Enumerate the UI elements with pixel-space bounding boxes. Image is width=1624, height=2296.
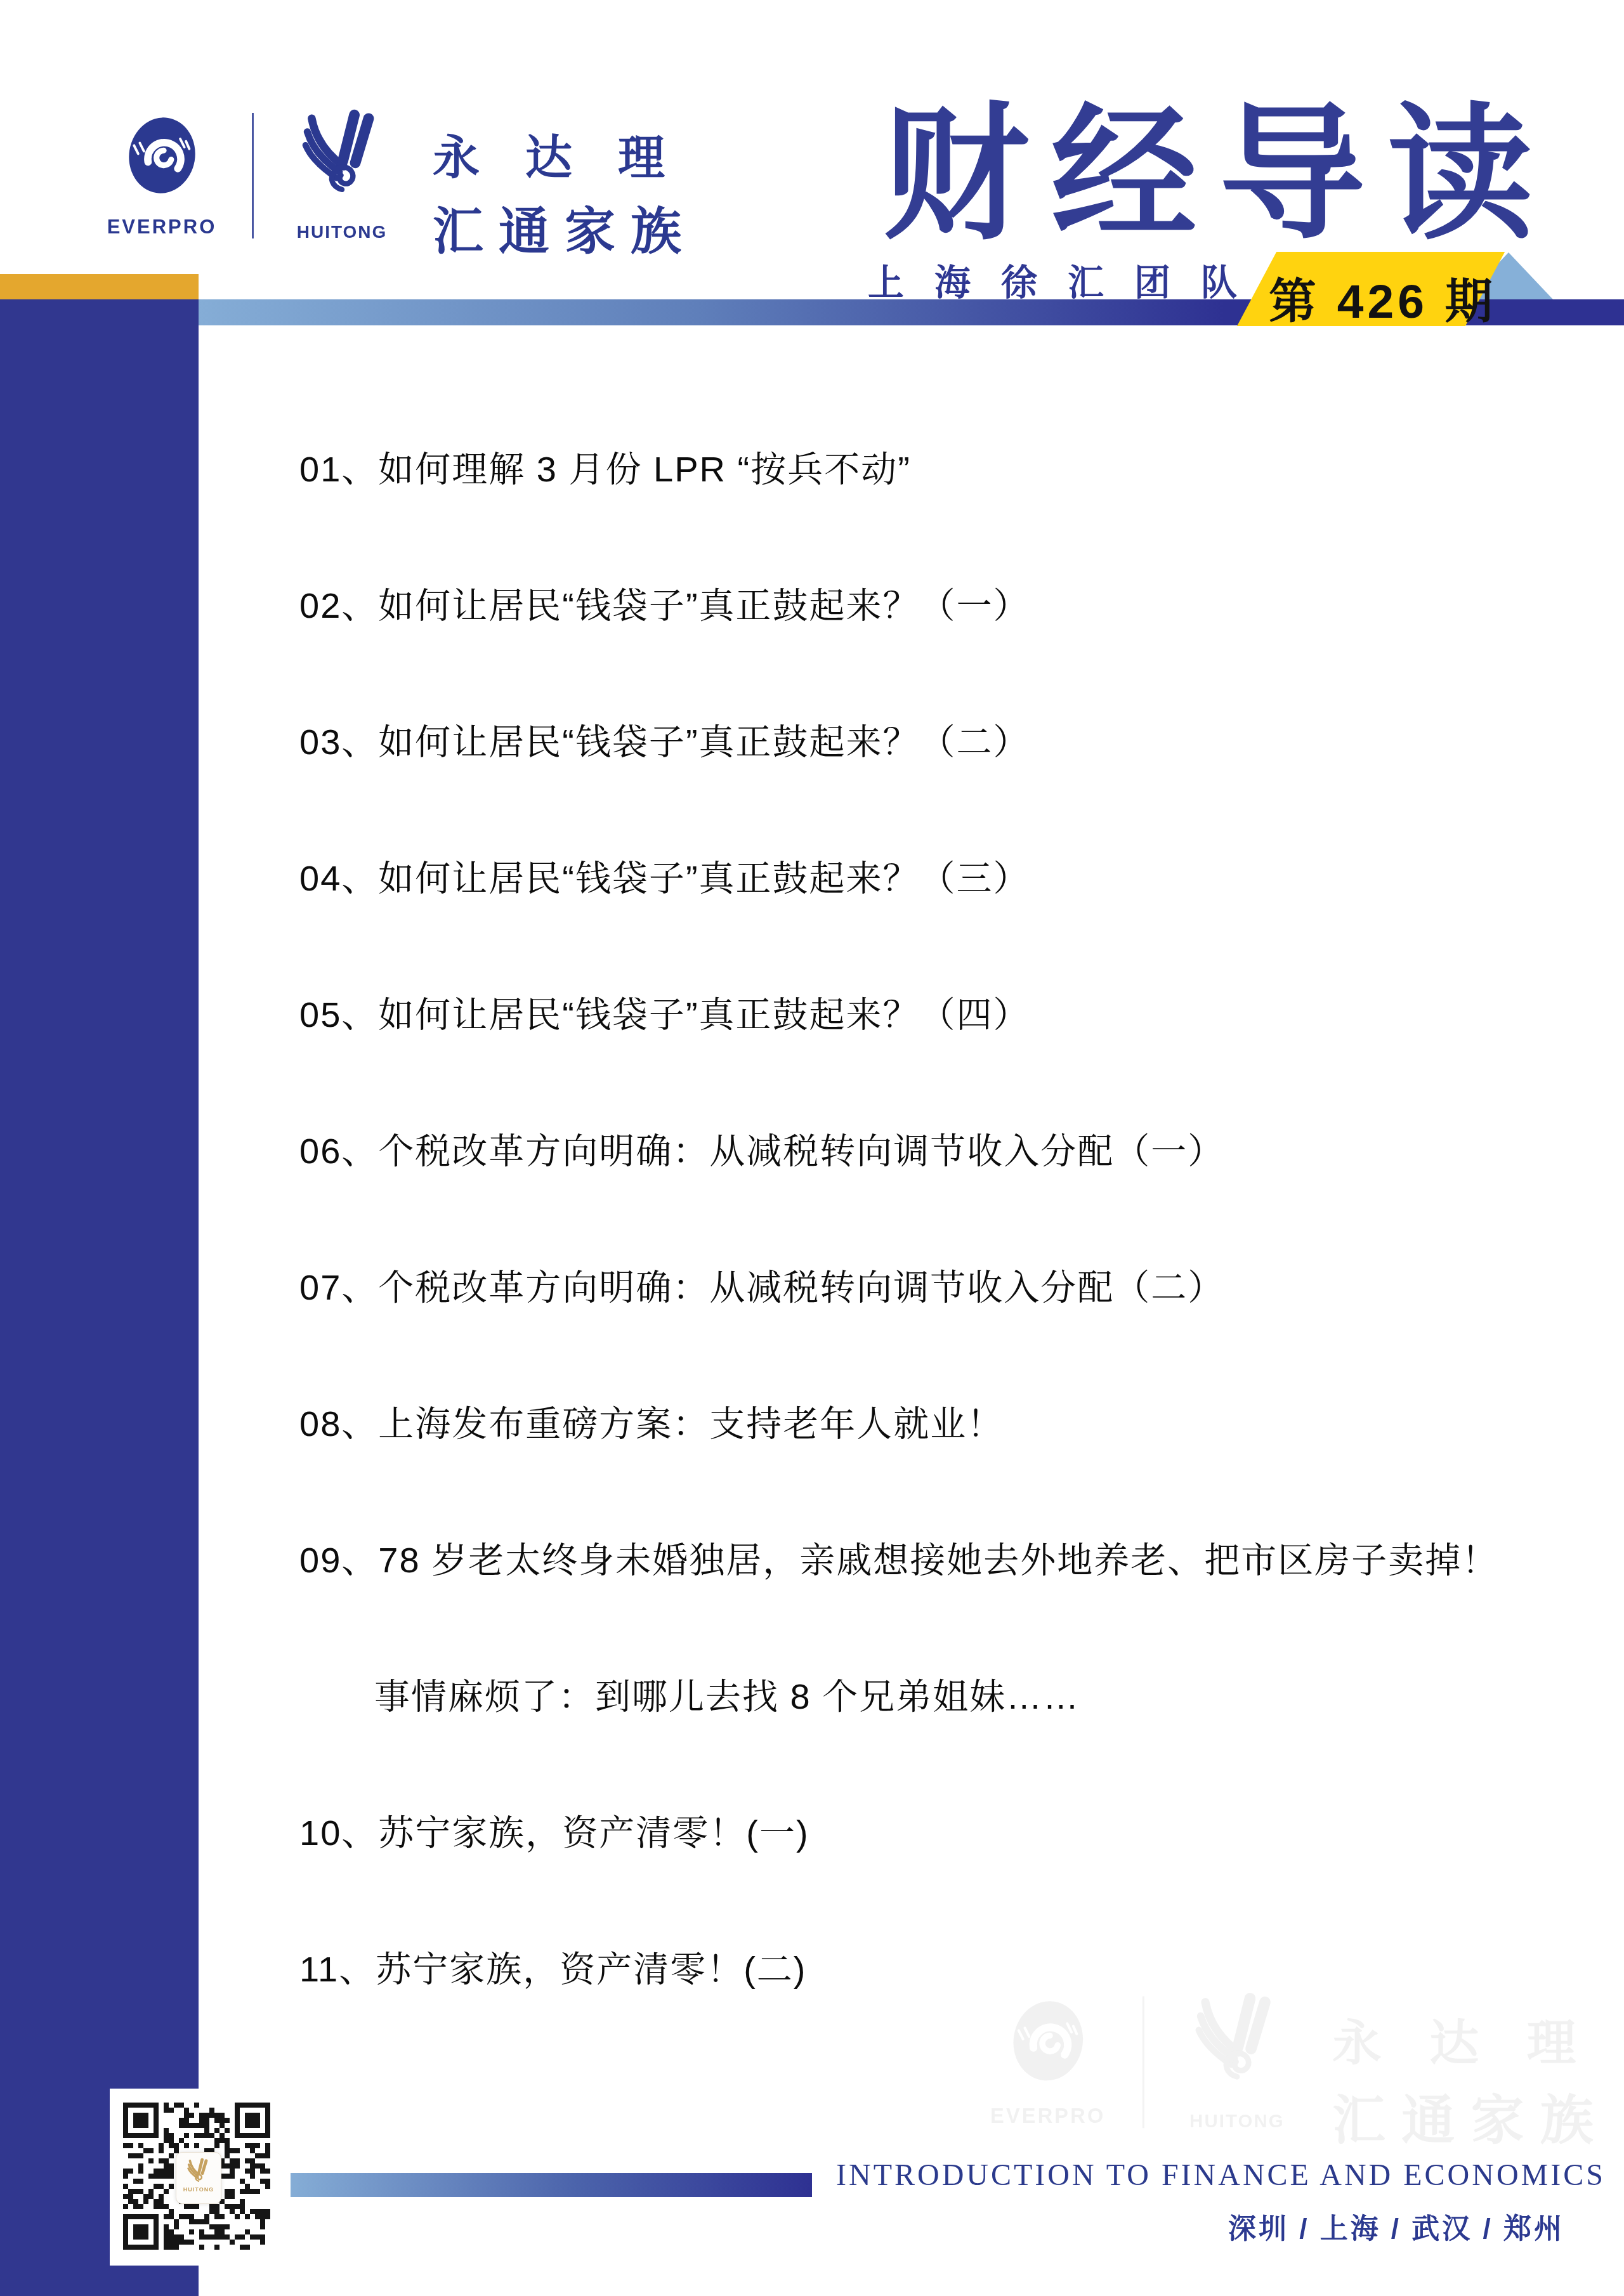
- huitong-wordmark: HUITONG: [291, 222, 393, 242]
- everpro-logo-icon: [1000, 1998, 1096, 2085]
- brand-lockup: EVERPRO HUITONG 永达理 汇通家族: [101, 95, 679, 247]
- toc-item: 04、如何让居民“钱袋子”真正鼓起来？（三）: [299, 854, 1030, 903]
- everpro-wordmark: EVERPRO: [987, 2104, 1108, 2129]
- toc-item: 06、个税改革方向明确：从减税转向调节收入分配（一）: [299, 1127, 1224, 1175]
- qr-center-logo: HUITONG: [176, 2152, 221, 2204]
- footer-slogan: INTRODUCTION TO FINANCE AND ECONOMICS: [836, 2158, 1572, 2193]
- toc-item: 01、如何理解 3 月份 LPR “按兵不动”: [299, 445, 911, 493]
- toc-item: 10、苏宁家族，资产清零！(一): [299, 1809, 809, 1857]
- huitong-wordmark: HUITONG: [1183, 2111, 1291, 2132]
- left-yellow-bar: [0, 274, 199, 299]
- toc-item: 03、如何让居民“钱袋子”真正鼓起来？（二）: [299, 718, 1030, 766]
- issue-number: 第 426 期: [1269, 264, 1472, 332]
- footer-cities: 深圳 / 上海 / 武汉 / 郑州: [1205, 2206, 1564, 2247]
- toc-item: 02、如何让居民“钱袋子”真正鼓起来？（一）: [299, 582, 1030, 630]
- team-name: 上海徐汇团队: [868, 254, 1267, 306]
- brand-name-line2: 汇通家族: [433, 190, 697, 263]
- qr-panel: HUITONG: [110, 2089, 285, 2266]
- toc-item: 11、苏宁家族，资产清零！(二): [299, 1945, 806, 1993]
- qr-logo-label: HUITONG: [176, 2186, 221, 2193]
- toc-item: 05、如何让居民“钱袋子”真正鼓起来？（四）: [299, 991, 1030, 1039]
- bottom-gradient-bar: [291, 2173, 812, 2197]
- everpro-wordmark: EVERPRO: [104, 216, 219, 238]
- newsletter-title: 财经导读: [883, 101, 1594, 247]
- brand-name-line2: 汇通家族: [1332, 2078, 1609, 2155]
- brand-divider: [252, 113, 254, 238]
- toc-item: 07、个税改革方向明确：从减税转向调节收入分配（二）: [299, 1263, 1224, 1312]
- left-navy-column: [0, 299, 199, 2296]
- huitong-logo-icon: [185, 2158, 213, 2183]
- brand-name-line1: 永达理: [1332, 2004, 1624, 2075]
- everpro-logo-icon: [116, 114, 208, 197]
- brand-name-line1: 永达理: [433, 121, 710, 188]
- brand-divider: [1143, 1996, 1144, 2128]
- toc-item: 事情麻烦了：到哪儿去找 8 个兄弟姐妹……: [374, 1673, 1080, 1721]
- newsletter-page: EVERPRO HUITONG 永达理 汇通家族 财经导读 上海徐汇团队 第 4…: [0, 0, 1624, 2296]
- brand-watermark: EVERPRO HUITONG 永达理 汇通家族: [985, 1978, 1591, 2137]
- toc-item: 09、78 岁老太终身未婚独居，亲戚想接她去外地养老、把市区房子卖掉！: [299, 1536, 1498, 1584]
- huitong-logo-icon: [291, 108, 393, 197]
- toc-item: 08、上海发布重磅方案：支持老年人就业！: [299, 1400, 1004, 1448]
- huitong-logo-icon: [1183, 1991, 1291, 2084]
